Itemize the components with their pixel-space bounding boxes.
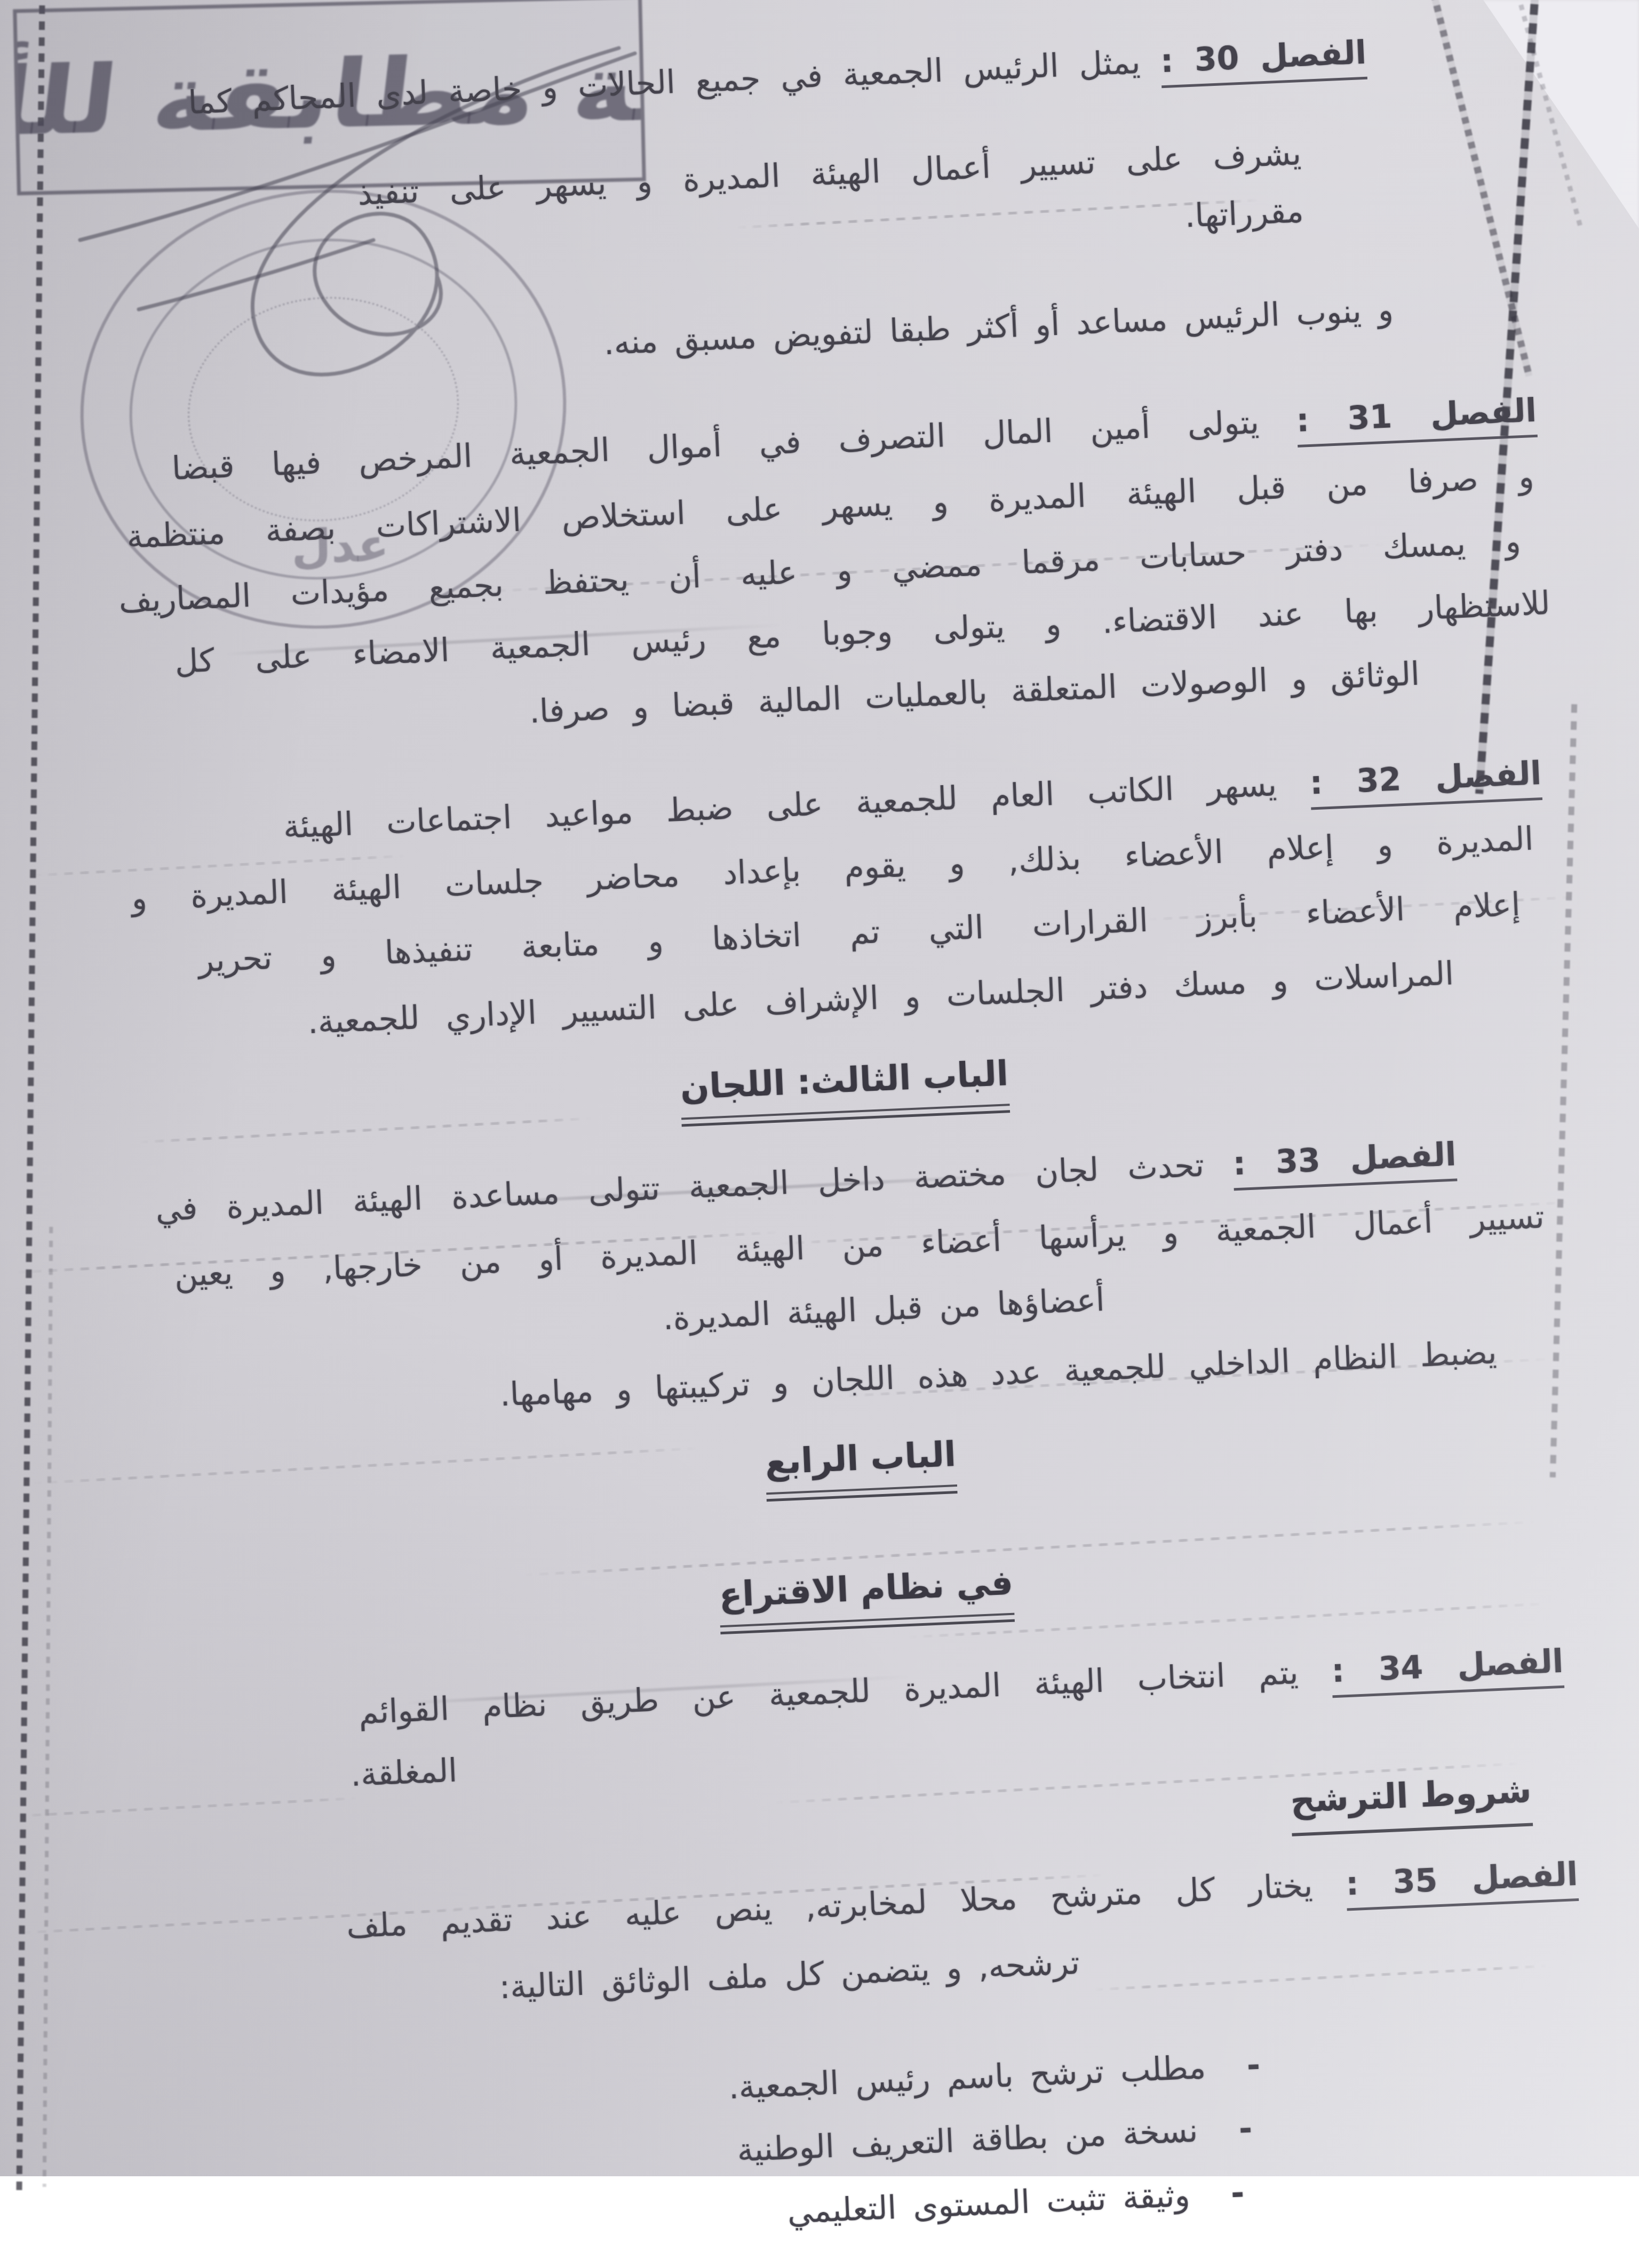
article-30-line-2: يشرف على تسيير أعمال الهيئة المديرة و يس…	[356, 125, 1305, 280]
bullet-dash-icon: -	[1238, 2110, 1253, 2147]
article-35-number: الفصل 35 :	[1345, 1856, 1579, 1911]
heading-underline	[720, 1613, 1014, 1628]
article-31-number: الفصل 31 :	[1295, 392, 1538, 448]
chapter-3-heading-text: الباب الثالث: اللجان	[679, 1054, 1009, 1107]
article-33-number: الفصل 33 :	[1232, 1136, 1457, 1191]
article-34-line-2: المغلقة.	[147, 1742, 458, 1813]
article-34-text-1: يتم انتخاب الهيئة المديرة للجمعية عن طري…	[358, 1654, 1299, 1731]
chapter-4-heading: الباب الرابع	[764, 1428, 958, 1502]
voting-system-heading: في نظام الاقتراع	[718, 1556, 1014, 1634]
document-body: الفصل 30 : يمثل الرئيس الجمعية في جميع ا…	[75, 14, 1618, 2176]
scanned-document-page: نسخة مطابقة للأصل عدل الفصل 30 : يمثل ال…	[0, 0, 1639, 2176]
voting-system-heading-text: في نظام الاقتراع	[718, 1563, 1014, 1616]
article-34-line-1: الفصل 34 : يتم انتخاب الهيئة المديرة للج…	[357, 1633, 1565, 1742]
article-34-number: الفصل 34 :	[1331, 1643, 1564, 1698]
bullet-dash-icon: -	[1246, 2047, 1261, 2085]
heading-underline	[766, 1484, 957, 1495]
requirement-item-1-text: مطلب ترشح باسم رئيس الجمعية.	[728, 2049, 1207, 2106]
page-edge-artifact-left-2	[43, 1227, 53, 2176]
article-35-line-2: ترشحه, و يتضمن كل ملف الوثائق التالية:	[156, 1934, 1081, 2031]
candidacy-conditions-heading: شروط الترشح	[1289, 1764, 1533, 1836]
chapter-3-heading: الباب الثالث: اللجان	[679, 1047, 1010, 1127]
heading-underline	[681, 1104, 1009, 1120]
article-32-number: الفصل 32 :	[1309, 755, 1542, 810]
article-35-text-1: يختار كل مترشح محلا لمخابرته, ينص عليه ع…	[346, 1867, 1314, 1945]
bullet-dash-icon: -	[1230, 2174, 1245, 2176]
article-30-number: الفصل 30 :	[1160, 34, 1367, 88]
requirement-item-2-text: نسخة من بطاقة التعريف الوطنية	[736, 2112, 1198, 2169]
chapter-4-heading-text: الباب الرابع	[764, 1435, 957, 1482]
article-30-paragraph-2: و ينوب الرئيس مساعد أو أكثر طبقا لتفويض …	[86, 281, 1394, 395]
page-edge-artifact-left	[16, 0, 45, 2176]
